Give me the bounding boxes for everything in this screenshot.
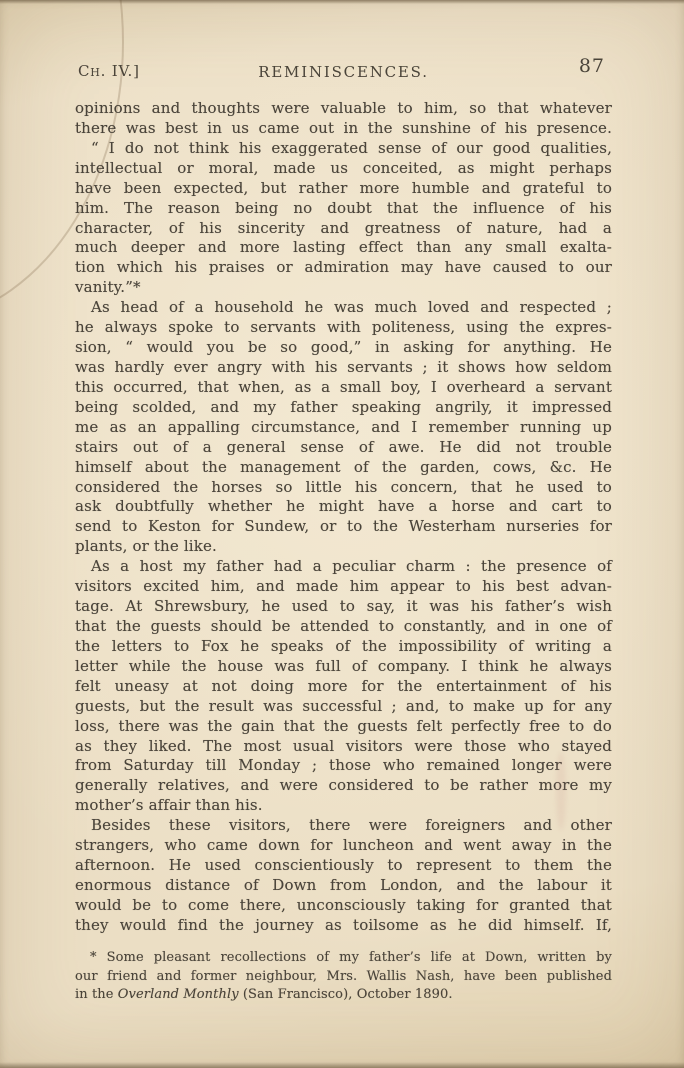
footnote: * Some pleasant recollections of my fath… [75,949,612,1005]
book-page-scan: Ch. IV.] REMINISCENCES. 87 opinions and … [0,0,684,1068]
text-line: much deeper and more lasting effect than… [75,238,612,258]
scan-edge-bottom [0,1062,684,1068]
body-text: opinions and thoughts were valuable to h… [75,99,612,936]
footnote-line: in the Overland Monthly (San Francisco),… [75,986,612,1005]
page-number: 87 [579,55,605,77]
paragraph: As head of a household he was much loved… [75,298,612,557]
text-line: As a host my father had a peculiar charm… [75,557,612,577]
text-line: character, of his sincerity and greatnes… [75,219,612,239]
text-line: “ I do not think his exaggerated sense o… [75,139,612,159]
text-line: tage. At Shrewsbury, he used to say, it … [75,597,612,617]
text-line: opinions and thoughts were valuable to h… [75,99,612,119]
text-line: have been expected, but rather more humb… [75,179,612,199]
text-line: afternoon. He used conscientiously to re… [75,856,612,876]
text-line: the letters to Fox he speaks of the impo… [75,637,612,657]
text-line: As head of a household he was much loved… [75,298,612,318]
footnote-line: our friend and former neighbour, Mrs. Wa… [75,968,612,987]
text-line: sion, “ would you be so good,” in asking… [75,338,612,358]
text-line: being scolded, and my father speaking an… [75,398,612,418]
text-line: guests, but the result was successful ; … [75,697,612,717]
text-line: plants, or the like. [75,537,612,557]
text-line: him. The reason being no doubt that the … [75,199,612,219]
text-line: generally relatives, and were considered… [75,776,612,796]
scan-smudge [556,752,566,830]
text-line: letter while the house was full of compa… [75,657,612,677]
footnote-text: in the [75,987,118,1002]
text-line: me as an appalling circumstance, and I r… [75,418,612,438]
text-line: loss, there was the gain that the guests… [75,717,612,737]
text-line: mother’s affair than his. [75,796,612,816]
paragraph: As a host my father had a peculiar charm… [75,557,612,816]
text-line: considered the horses so little his conc… [75,478,612,498]
footnote-text: (San Francisco), October 1890. [239,987,453,1002]
text-line: enormous distance of Down from London, a… [75,876,612,896]
text-line: vanity.”* [75,278,612,298]
text-line: he always spoke to servants with politen… [75,318,612,338]
text-line: Besides these visitors, there were forei… [75,816,612,836]
text-line: himself about the management of the gard… [75,458,612,478]
text-line: ask doubtfully whether he might have a h… [75,497,612,517]
text-line: this occurred, that when, as a small boy… [75,378,612,398]
footnote-line: * Some pleasant recollections of my fath… [75,949,612,968]
text-line: would be to come there, unconsciously ta… [75,896,612,916]
text-line: intellectual or moral, made us conceited… [75,159,612,179]
text-line: strangers, who came down for luncheon an… [75,836,612,856]
text-line: stairs out of a general sense of awe. He… [75,438,612,458]
paragraph: opinions and thoughts were valuable to h… [75,99,612,139]
footnote-text: * Some pleasant recollections of my fath… [90,950,612,965]
footnote-text: our friend and former neighbour, Mrs. Wa… [75,969,612,984]
text-line: felt uneasy at not doing more for the en… [75,677,612,697]
footnote-publication-name: Overland Monthly [118,987,239,1002]
text-line: as they liked. The most usual visitors w… [75,737,612,757]
text-line: that the guests should be attended to co… [75,617,612,637]
text-line: they would find the journey as toilsome … [75,916,612,936]
text-line: send to Keston for Sundew, or to the Wes… [75,517,612,537]
paragraph: “ I do not think his exaggerated sense o… [75,139,612,298]
text-line: was hardly ever angry with his servants … [75,358,612,378]
text-line: visitors excited him, and made him appea… [75,577,612,597]
paragraph: Besides these visitors, there were forei… [75,816,612,936]
text-line: tion which his praises or admiration may… [75,258,612,278]
running-title: REMINISCENCES. [75,63,612,81]
scan-edge-top [0,0,684,4]
text-line: from Saturday till Monday ; those who re… [75,756,612,776]
text-line: there was best in us came out in the sun… [75,119,612,139]
